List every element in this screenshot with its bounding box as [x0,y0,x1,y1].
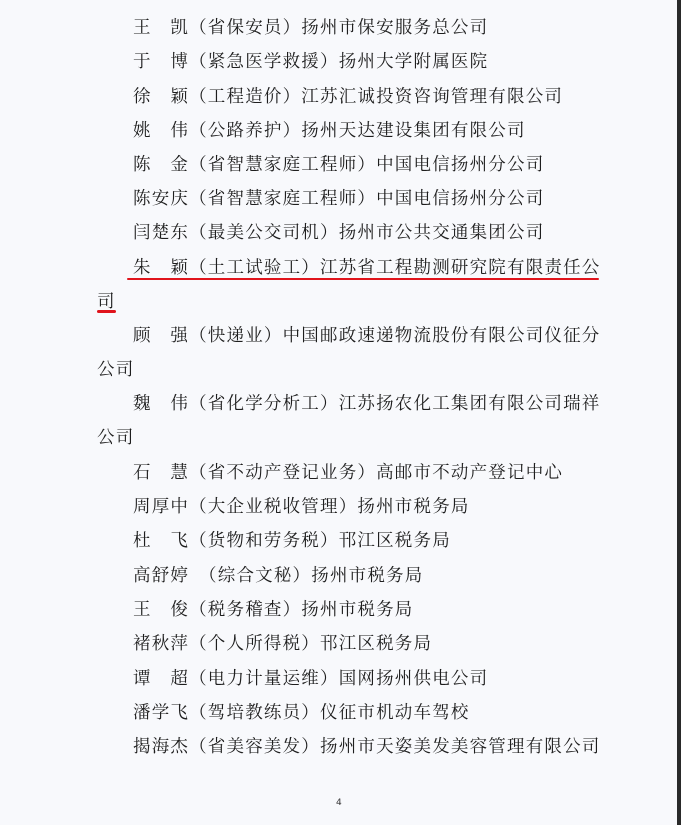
list-item: 姚 伟（公路养护）扬州天达建设集团有限公司 [133,116,526,146]
red-underline [127,278,599,280]
entry-text: 魏 伟（省化学分析工）江苏扬农化工集团有限公司瑞祥 [133,394,601,414]
entry-text: 高舒婷 （综合文秘）扬州市税务局 [133,566,423,586]
entry-text: 谭 超（电力计量运维）国网扬州供电公司 [133,669,488,689]
red-underline-continuation [97,310,116,313]
entry-text: 朱 颖（土工试验工）江苏省工程勘测研究院有限责任公 [133,258,601,278]
entry-text: 闫楚东（最美公交司机）扬州市公共交通集团公司 [133,223,544,243]
list-item: 于 博（紧急医学救援）扬州大学附属医院 [133,47,488,77]
list-item: 陈 金（省智慧家庭工程师）中国电信扬州分公司 [133,150,544,180]
list-item: 徐 颖（工程造价）江苏汇诚投资咨询管理有限公司 [133,82,563,112]
list-item: 潘学飞（驾培教练员）仪征市机动车驾校 [133,698,470,728]
list-item: 顾 强（快递业）中国邮政速递物流股份有限公司仪征分 [133,321,601,351]
entry-text: 周厚中（大企业税收管理）扬州市税务局 [133,497,470,517]
entry-text: 王 凯（省保安员）扬州市保安服务总公司 [133,18,488,38]
entry-text: 徐 颖（工程造价）江苏汇诚投资咨询管理有限公司 [133,87,563,107]
document-page: 王 凯（省保安员）扬州市保安服务总公司 于 博（紧急医学救援）扬州大学附属医院 … [0,0,677,825]
page-number: 4 [336,798,342,808]
list-item: 王 凯（省保安员）扬州市保安服务总公司 [133,13,488,43]
list-item: 王 俊（税务稽查）扬州市税务局 [133,595,414,625]
entry-text: 褚秋萍（个人所得税）邗江区税务局 [133,634,432,654]
list-item-continuation: 公司 [97,423,134,453]
page-edge-border [677,0,681,825]
list-item: 谭 超（电力计量运维）国网扬州供电公司 [133,664,488,694]
entry-text: 陈安庆（省智慧家庭工程师）中国电信扬州分公司 [133,189,544,209]
entry-continuation-text: 公司 [97,360,134,380]
entry-text: 顾 强（快递业）中国邮政速递物流股份有限公司仪征分 [133,326,601,346]
entry-continuation-text: 公司 [97,428,134,448]
entry-text: 陈 金（省智慧家庭工程师）中国电信扬州分公司 [133,155,544,175]
entry-text: 杜 飞（货物和劳务税）邗江区税务局 [133,531,451,551]
list-item: 魏 伟（省化学分析工）江苏扬农化工集团有限公司瑞祥 [133,389,601,419]
list-item: 高舒婷 （综合文秘）扬州市税务局 [133,561,423,591]
list-item: 周厚中（大企业税收管理）扬州市税务局 [133,492,470,522]
list-item: 杜 飞（货物和劳务税）邗江区税务局 [133,526,451,556]
entry-text: 王 俊（税务稽查）扬州市税务局 [133,600,414,620]
entry-text: 潘学飞（驾培教练员）仪征市机动车驾校 [133,703,470,723]
list-item: 揭海杰（省美容美发）扬州市天姿美发美容管理有限公司 [133,732,601,762]
entry-text: 揭海杰（省美容美发）扬州市天姿美发美容管理有限公司 [133,737,601,757]
list-item: 褚秋萍（个人所得税）邗江区税务局 [133,629,432,659]
entry-text: 于 博（紧急医学救援）扬州大学附属医院 [133,52,488,72]
entry-continuation-text: 司 [97,292,116,312]
list-item: 石 慧（省不动产登记业务）高邮市不动产登记中心 [133,458,563,488]
list-item: 陈安庆（省智慧家庭工程师）中国电信扬州分公司 [133,184,544,214]
entry-text: 姚 伟（公路养护）扬州天达建设集团有限公司 [133,121,526,141]
list-item-continuation: 公司 [97,355,134,385]
entry-text: 石 慧（省不动产登记业务）高邮市不动产登记中心 [133,463,563,483]
list-item: 闫楚东（最美公交司机）扬州市公共交通集团公司 [133,218,544,248]
